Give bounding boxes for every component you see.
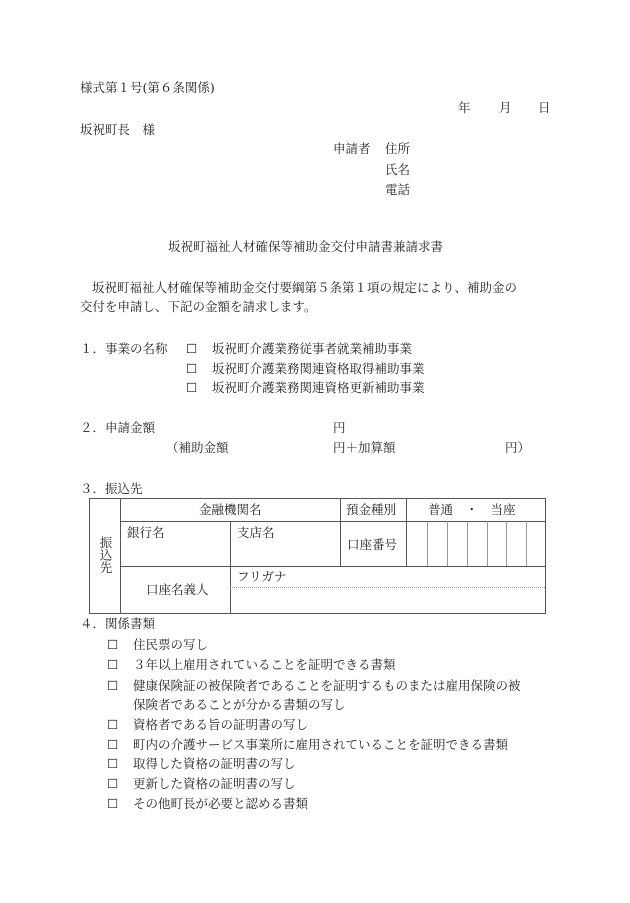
deposit-type-label: 預金種別 (346, 502, 396, 518)
furigana-label: フリガナ (237, 569, 286, 585)
checkbox-business-3[interactable]: ☐ (186, 380, 197, 396)
account-holder-label: 口座名義人 (146, 582, 209, 598)
date-day-label: 日 (538, 100, 551, 116)
business-option-3: 坂祝町介護業務関連資格更新補助事業 (212, 380, 425, 396)
checkbox-doc-6[interactable]: ☐ (107, 756, 118, 772)
breakdown-close: 円） (505, 440, 530, 456)
doc-item-3-cont: 保険者であることが分かる書類の写し (133, 697, 346, 713)
checkbox-doc-5[interactable]: ☐ (107, 737, 118, 753)
doc-item-1: 住民票の写し (133, 637, 208, 653)
checkbox-doc-4[interactable]: ☐ (107, 717, 118, 733)
transfer-side-label: 振込先 (98, 536, 112, 574)
checkbox-doc-7[interactable]: ☐ (107, 776, 118, 792)
addressee: 坂祝町長 様 (80, 122, 155, 138)
section4-label: ４．関係書類 (80, 616, 155, 632)
date-month-label: 月 (499, 100, 512, 116)
account-number-label: 口座番号 (347, 537, 397, 553)
requested-amount-yen: 円 (333, 420, 346, 436)
breakdown-addition-label: 円＋加算額 (333, 440, 396, 456)
form-number: 様式第１号(第６条関係) (80, 80, 215, 96)
section3-label: ３．振込先 (80, 481, 143, 497)
document-title: 坂祝町福祉人材確保等補助金交付申請書兼請求書 (168, 239, 443, 255)
date-year-label: 年 (458, 100, 471, 116)
doc-item-2: ３年以上雇用されていることを証明できる書類 (133, 657, 396, 673)
bank-name-label: 銀行名 (127, 525, 165, 541)
branch-name-label: 支店名 (237, 525, 275, 541)
applicant-phone-label: 電話 (385, 182, 410, 198)
applicant-name-label: 氏名 (385, 162, 410, 178)
checkbox-doc-3[interactable]: ☐ (107, 678, 118, 694)
doc-item-4: 資格者である旨の証明書の写し (133, 717, 308, 733)
deposit-type-options[interactable]: 普通 ・ 当座 (428, 502, 516, 518)
doc-item-8: その他町長が必要と認める書類 (133, 796, 308, 812)
doc-item-6: 取得した資格の証明書の写し (133, 756, 296, 772)
bank-header: 金融機関名 (199, 502, 262, 518)
applicant-address-label: 住所 (385, 141, 410, 157)
body-text-line2: 交付を申請し、下記の金額を請求します。 (80, 299, 317, 315)
doc-item-5: 町内の介護サービス事業所に雇用されていることを証明できる書類 (133, 737, 508, 753)
body-text-line1: 坂祝町福祉人材確保等補助金交付要綱第５条第１項の規定により、補助金の (92, 280, 517, 296)
doc-item-7: 更新した資格の証明書の写し (133, 776, 296, 792)
doc-item-3: 健康保険証の被保険者であることを証明するものまたは雇用保険の被 (133, 678, 521, 694)
checkbox-business-1[interactable]: ☐ (186, 341, 197, 357)
checkbox-doc-2[interactable]: ☐ (107, 657, 118, 673)
applicant-label: 申請者 (333, 141, 371, 157)
checkbox-doc-8[interactable]: ☐ (107, 796, 118, 812)
checkbox-business-2[interactable]: ☐ (186, 361, 197, 377)
section2-label: ２．申請金額 (80, 420, 155, 436)
business-option-1: 坂祝町介護業務従事者就業補助事業 (212, 341, 412, 357)
checkbox-doc-1[interactable]: ☐ (107, 637, 118, 653)
business-option-2: 坂祝町介護業務関連資格取得補助事業 (212, 361, 425, 377)
section1-label: １．事業の名称 (80, 341, 168, 357)
breakdown-subsidy-label: （補助金額 (166, 440, 229, 456)
